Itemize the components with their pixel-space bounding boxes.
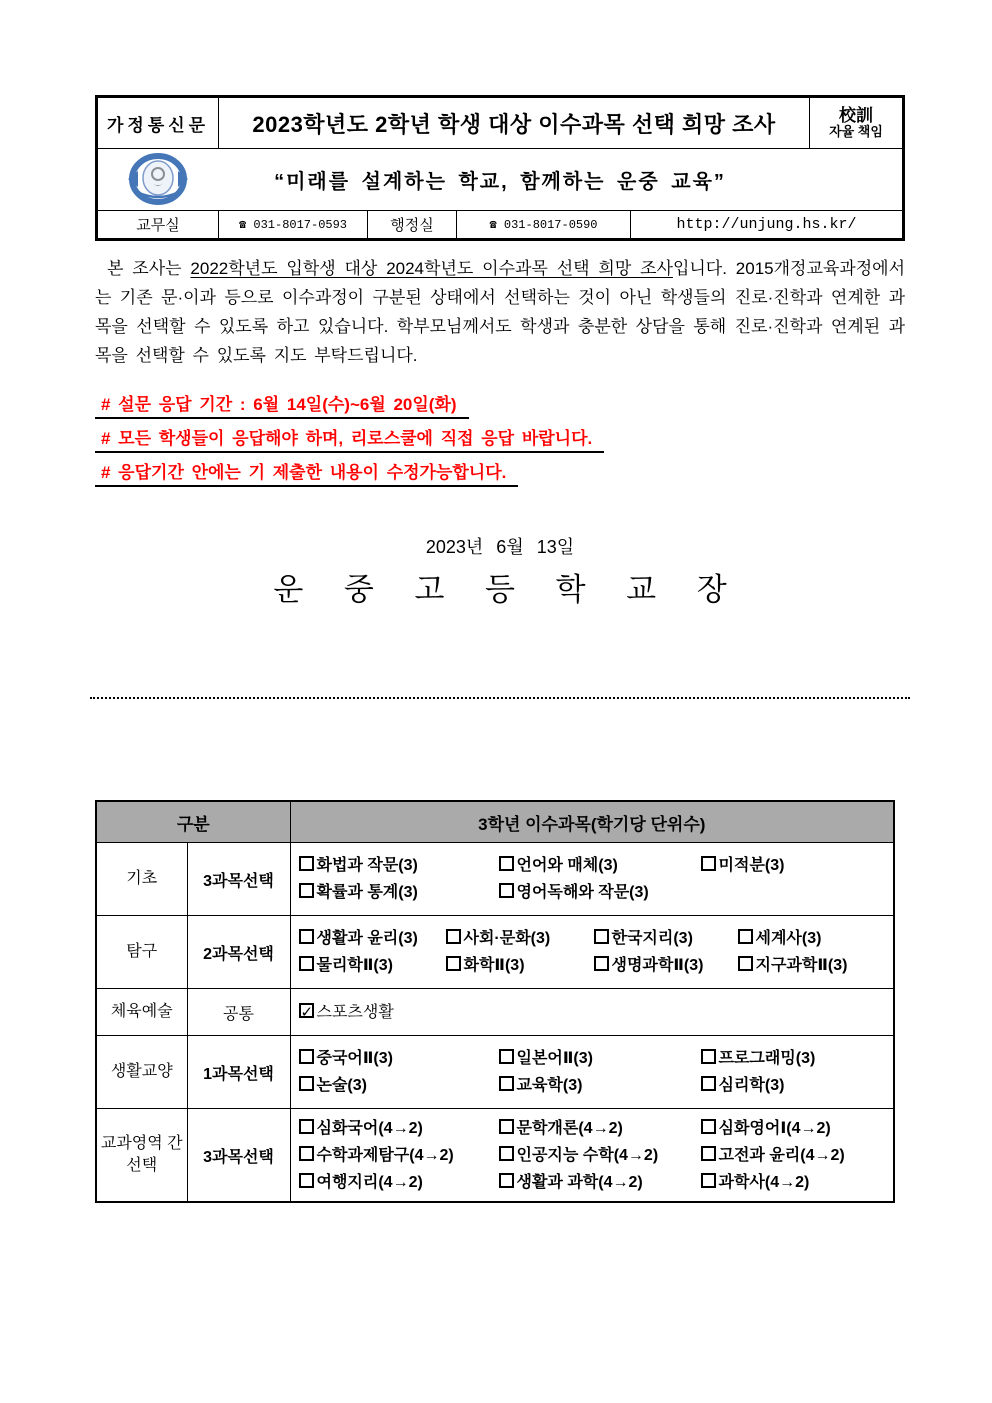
course-label: 인공지능 수학(4→2) <box>517 1147 659 1164</box>
course-option[interactable]: 여행지리(4→2) <box>299 1169 499 1196</box>
course-label: 중국어Ⅱ(3) <box>317 1050 393 1067</box>
course-option[interactable]: 교육학(3) <box>499 1072 701 1099</box>
checkbox-icon[interactable] <box>701 1076 716 1091</box>
checkbox-icon[interactable] <box>499 1049 514 1064</box>
course-option[interactable]: 미적분(3) <box>701 852 891 879</box>
checkbox-icon[interactable] <box>499 1173 514 1188</box>
checkbox-icon[interactable] <box>299 956 314 971</box>
course-label: 논술(3) <box>317 1077 367 1094</box>
course-label: 프로그래밍(3) <box>719 1050 816 1067</box>
checkbox-icon[interactable] <box>701 856 716 871</box>
course-label: 여행지리(4→2) <box>317 1174 423 1191</box>
course-option[interactable]: 한국지리(3) <box>594 925 738 952</box>
dotted-divider <box>90 697 910 699</box>
notice-page: 가정통신문 2023학년도 2학년 학생 대상 이수과목 선택 희망 조사 校訓… <box>0 0 992 1403</box>
school-website: http://unjung.hs.kr/ <box>631 211 902 238</box>
course-option[interactable]: 인공지능 수학(4→2) <box>499 1142 701 1169</box>
checked-checkbox-icon[interactable] <box>299 1003 314 1018</box>
course-label: 화학Ⅱ(3) <box>464 957 525 974</box>
course-option[interactable]: 세계사(3) <box>738 925 891 952</box>
checkbox-icon[interactable] <box>446 956 461 971</box>
course-option[interactable]: 언어와 매체(3) <box>499 852 701 879</box>
checkbox-icon[interactable] <box>299 929 314 944</box>
course-label: 세계사(3) <box>756 930 822 947</box>
course-label: 심리학(3) <box>719 1077 785 1094</box>
header-cell-courses: 3학년 이수과목(학기당 단위수) <box>290 801 894 843</box>
course-label: 문학개론(4→2) <box>517 1120 623 1137</box>
checkbox-icon[interactable] <box>499 1119 514 1134</box>
checkbox-icon[interactable] <box>738 929 753 944</box>
checkbox-icon[interactable] <box>446 929 461 944</box>
page-title: 2023학년도 2학년 학생 대상 이수과목 선택 희망 조사 <box>219 98 810 148</box>
checkbox-icon[interactable] <box>299 1173 314 1188</box>
course-option[interactable]: 문학개론(4→2) <box>499 1115 701 1142</box>
course-label: 생활과 윤리(3) <box>317 930 418 947</box>
course-label: 교육학(3) <box>517 1077 583 1094</box>
course-option[interactable]: 논술(3) <box>299 1072 499 1099</box>
signature-date: 2023년 6월 13일 <box>95 533 905 559</box>
course-label: 사회·문화(3) <box>464 930 551 947</box>
course-option[interactable]: 확률과 통계(3) <box>299 879 499 906</box>
checkbox-icon[interactable] <box>499 1146 514 1161</box>
checkbox-icon[interactable] <box>594 929 609 944</box>
checkbox-icon[interactable] <box>738 956 753 971</box>
checkbox-icon[interactable] <box>701 1173 716 1188</box>
course-option[interactable]: 지구과학Ⅱ(3) <box>738 952 891 979</box>
course-option[interactable]: 생활과 과학(4→2) <box>499 1169 701 1196</box>
checkbox-icon[interactable] <box>299 1119 314 1134</box>
checkbox-icon[interactable] <box>499 1076 514 1091</box>
rule-cell: 1과목선택 <box>187 1036 290 1109</box>
header-cell-group: 구분 <box>96 801 290 843</box>
course-label: 스포츠생활 <box>317 1004 394 1021</box>
checkbox-icon[interactable] <box>299 1076 314 1091</box>
course-label: 언어와 매체(3) <box>517 857 618 874</box>
course-option[interactable]: 심화영어Ⅰ(4→2) <box>701 1115 891 1142</box>
course-label: 고전과 윤리(4→2) <box>719 1147 845 1164</box>
course-option[interactable]: 일본어Ⅱ(3) <box>499 1045 701 1072</box>
checkbox-icon[interactable] <box>499 856 514 871</box>
course-label: 심화국어(4→2) <box>317 1120 423 1137</box>
course-label: 심화영어Ⅰ(4→2) <box>719 1120 831 1137</box>
signature-signer: 운 중 고 등 학 교 장 <box>95 564 905 609</box>
course-selection-table: 구분 3학년 이수과목(학기당 단위수) 기초 3과목선택 화법과 작문(3)언… <box>95 800 895 1203</box>
rule-cell: 3과목선택 <box>187 1109 290 1203</box>
office1-label: 교무실 <box>98 211 219 238</box>
note-response-period: # 설문 응답 기간 : 6월 14일(수)~6월 20일(화) <box>95 390 905 419</box>
course-option[interactable]: 심화국어(4→2) <box>299 1115 499 1142</box>
course-option[interactable]: 고전과 윤리(4→2) <box>701 1142 891 1169</box>
course-label: 과학사(4→2) <box>719 1174 810 1191</box>
signature-block: 2023년 6월 13일 운 중 고 등 학 교 장 <box>95 533 905 609</box>
checkbox-icon[interactable] <box>499 883 514 898</box>
course-label: 한국지리(3) <box>612 930 693 947</box>
category-cell: 체육예술 <box>96 989 187 1036</box>
course-label: 생명과학Ⅱ(3) <box>612 957 704 974</box>
rule-cell: 2과목선택 <box>187 916 290 989</box>
table-row-cross-area: 교과영역 간 선택 3과목선택 심화국어(4→2)문학개론(4→2)심화영어Ⅰ(… <box>96 1109 894 1203</box>
note-editable: # 응답기간 안에는 기 제출한 내용이 수정가능합니다. <box>95 458 905 487</box>
intro-paragraph: 본 조사는 2022학년도 입학생 대상 2024학년도 이수과목 선택 희망 … <box>95 254 905 370</box>
checkbox-icon[interactable] <box>299 1049 314 1064</box>
table-row-basic: 기초 3과목선택 화법과 작문(3)언어와 매체(3)미적분(3)확률과 통계(… <box>96 843 894 916</box>
course-label: 물리학Ⅱ(3) <box>317 957 393 974</box>
checkbox-icon[interactable] <box>701 1146 716 1161</box>
checkbox-icon[interactable] <box>299 856 314 871</box>
office2-label: 행정실 <box>368 211 457 238</box>
course-option[interactable]: 물리학Ⅱ(3) <box>299 952 446 979</box>
category-cell: 교과영역 간 선택 <box>96 1109 187 1203</box>
course-label: 확률과 통계(3) <box>317 884 418 901</box>
checkbox-icon[interactable] <box>701 1049 716 1064</box>
motto-label: 校訓 <box>839 106 873 126</box>
rule-cell: 3과목선택 <box>187 843 290 916</box>
course-option[interactable]: 생명과학Ⅱ(3) <box>594 952 738 979</box>
course-label: 화법과 작문(3) <box>317 857 418 874</box>
course-label: 지구과학Ⅱ(3) <box>756 957 848 974</box>
notice-header-table: 가정통신문 2023학년도 2학년 학생 대상 이수과목 선택 희망 조사 校訓… <box>95 95 905 241</box>
course-option[interactable]: 수학과제탐구(4→2) <box>299 1142 499 1169</box>
intro-underlined: 2022학년도 입학생 대상 2024학년도 이수과목 선택 희망 조사 <box>190 259 673 278</box>
checkbox-icon[interactable] <box>299 1146 314 1161</box>
course-options: 중국어Ⅱ(3)일본어Ⅱ(3)프로그래밍(3)논술(3)교육학(3)심리학(3) <box>299 1045 891 1099</box>
course-option[interactable]: 생활과 윤리(3) <box>299 925 446 952</box>
course-option[interactable]: 과학사(4→2) <box>701 1169 891 1196</box>
course-label: 일본어Ⅱ(3) <box>517 1050 593 1067</box>
course-option[interactable]: 화학Ⅱ(3) <box>446 952 594 979</box>
doc-type-badge: 가정통신문 <box>98 98 219 148</box>
checkbox-icon[interactable] <box>594 956 609 971</box>
survey-notes: # 설문 응답 기간 : 6월 14일(수)~6월 20일(화) # 모든 학생… <box>95 390 905 487</box>
course-options: 화법과 작문(3)언어와 매체(3)미적분(3)확률과 통계(3)영어독해와 작… <box>299 852 891 906</box>
course-options: 생활과 윤리(3)사회·문화(3)한국지리(3)세계사(3)물리학Ⅱ(3)화학Ⅱ… <box>299 925 891 979</box>
table-row-inquiry: 탐구 2과목선택 생활과 윤리(3)사회·문화(3)한국지리(3)세계사(3)물… <box>96 916 894 989</box>
category-cell: 탐구 <box>96 916 187 989</box>
course-options: 스포츠생활 <box>299 999 891 1026</box>
course-option[interactable]: 사회·문화(3) <box>446 925 594 952</box>
table-row-liberal: 생활교양 1과목선택 중국어Ⅱ(3)일본어Ⅱ(3)프로그래밍(3)논술(3)교육… <box>96 1036 894 1109</box>
school-slogan: “미래를 설계하는 학교, 함께하는 운중 교육” <box>274 165 726 194</box>
office1-phone: ☎ 031-8017-0593 <box>219 211 368 238</box>
course-option[interactable]: 영어독해와 작문(3) <box>499 879 701 906</box>
course-label: 영어독해와 작문(3) <box>517 884 649 901</box>
course-label: 미적분(3) <box>719 857 785 874</box>
course-option[interactable]: 프로그래밍(3) <box>701 1045 891 1072</box>
school-motto-box: 校訓 자율 책임 <box>810 98 902 148</box>
course-option[interactable]: 심리학(3) <box>701 1072 891 1099</box>
checkbox-icon[interactable] <box>299 883 314 898</box>
course-option[interactable]: 중국어Ⅱ(3) <box>299 1045 499 1072</box>
office2-phone: ☎ 031-8017-0590 <box>457 211 631 238</box>
rule-cell: 공통 <box>187 989 290 1036</box>
course-option[interactable]: 화법과 작문(3) <box>299 852 499 879</box>
course-label: 생활과 과학(4→2) <box>517 1174 643 1191</box>
note-all-students: # 모든 학생들이 응답해야 하며, 리로스쿨에 직접 응답 바랍니다. <box>95 424 905 453</box>
course-label: 수학과제탐구(4→2) <box>317 1147 454 1164</box>
intro-lead: 본 조사는 <box>107 259 190 278</box>
checkbox-icon[interactable] <box>701 1119 716 1134</box>
school-emblem-icon <box>125 152 191 207</box>
motto-value: 자율 책임 <box>829 125 883 140</box>
course-table-header-row: 구분 3학년 이수과목(학기당 단위수) <box>96 801 894 843</box>
category-cell: 생활교양 <box>96 1036 187 1109</box>
category-cell: 기초 <box>96 843 187 916</box>
course-options: 심화국어(4→2)문학개론(4→2)심화영어Ⅰ(4→2)수학과제탐구(4→2)인… <box>299 1115 891 1196</box>
table-row-pe-arts: 체육예술 공통 스포츠생활 <box>96 989 894 1036</box>
course-option[interactable]: 스포츠생활 <box>299 999 891 1026</box>
